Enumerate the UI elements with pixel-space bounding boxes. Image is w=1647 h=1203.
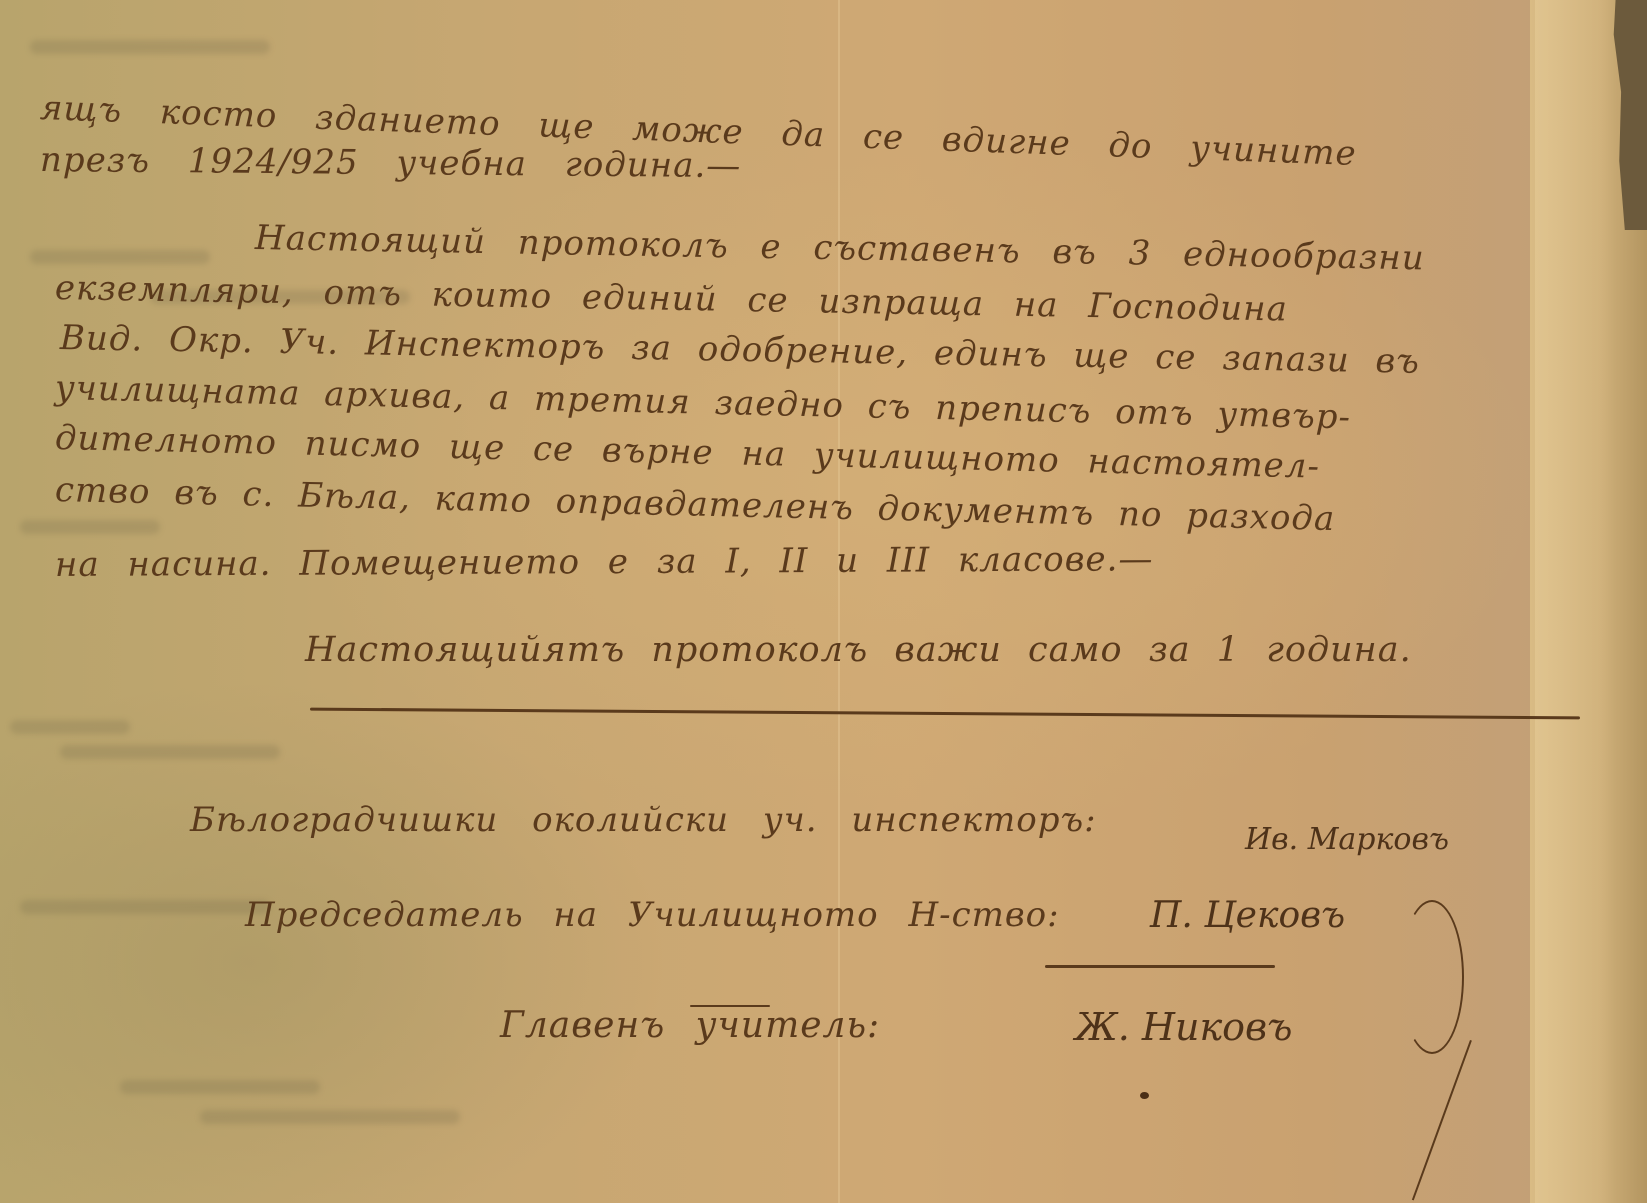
- text-line-9: на насина. Помещението е за I, II и III …: [55, 539, 1154, 585]
- bleed-through-mark: [200, 1110, 460, 1124]
- signature-flourish: [1400, 900, 1464, 1054]
- signature-inspector: Ив. Марковъ: [1245, 822, 1449, 857]
- ink-blot: [1140, 1092, 1149, 1099]
- bleed-through-mark: [120, 1080, 320, 1094]
- signature-head-teacher: Ж. Никовъ: [1075, 1005, 1292, 1049]
- signature-role-inspector: Бѣлоградчишки околийски уч. инспекторъ:: [190, 800, 1097, 840]
- bleed-through-mark: [20, 520, 160, 534]
- bleed-through-mark: [10, 720, 130, 734]
- bleed-through-mark: [60, 745, 280, 759]
- page-highlight: [1535, 0, 1615, 1203]
- bleed-through-mark: [20, 900, 270, 914]
- head-teacher-signature-overline: [690, 1005, 770, 1007]
- text-line-2: презъ 1924/925 учебна година.—: [40, 140, 742, 186]
- chairman-signature-underline: [1045, 965, 1275, 968]
- signature-role-chairman: Председатель на Училищното Н-ство:: [245, 895, 1060, 935]
- bleed-through-mark: [30, 40, 270, 54]
- emphasis-line: Настоящийятъ протоколъ важи само за 1 го…: [305, 630, 1412, 670]
- bleed-through-mark: [30, 250, 210, 264]
- signature-chairman: П. Цековъ: [1150, 895, 1345, 936]
- signature-role-head-teacher: Главенъ учитель:: [500, 1005, 880, 1046]
